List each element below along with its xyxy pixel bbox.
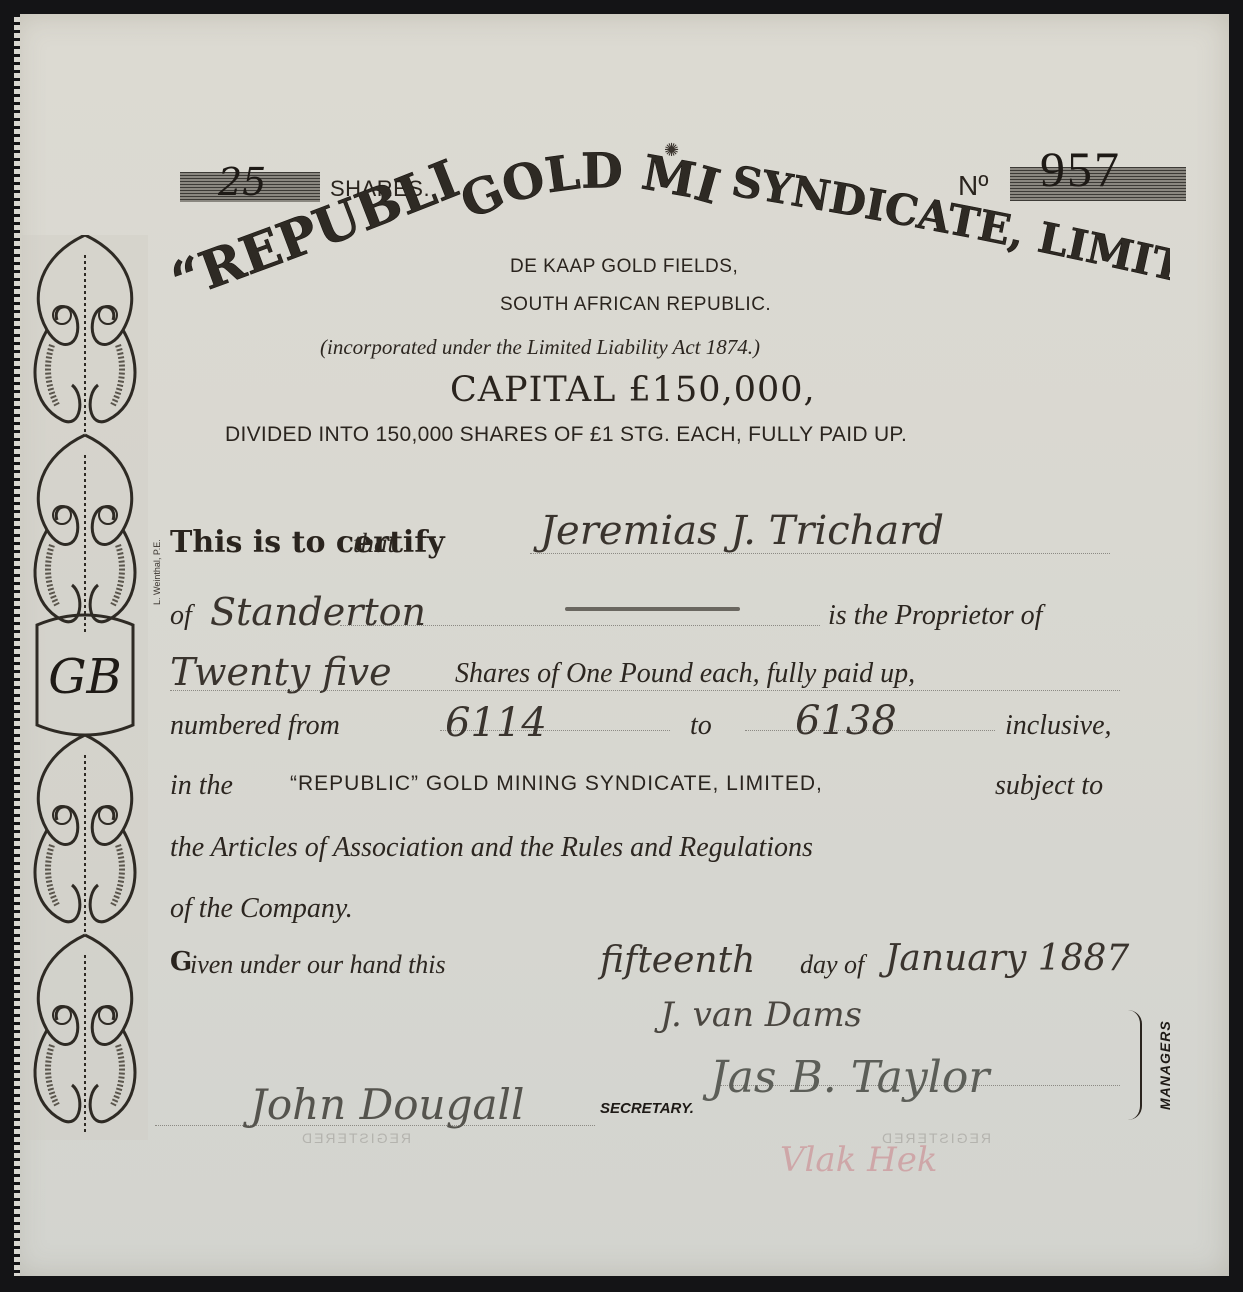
quantity-words: Twenty five [170, 650, 392, 694]
day-value: fifteenth [600, 940, 755, 981]
day-of-label: day of [800, 950, 864, 980]
company-line: of the Company. [170, 893, 353, 925]
incorporation-line: (incorporated under the Limited Liabilit… [320, 335, 760, 360]
number-to: 6138 [795, 698, 897, 744]
svg-text:GB: GB [48, 649, 122, 705]
in-the-label: in the [170, 770, 233, 802]
shares-text: Shares of One Pound each, fully paid up, [455, 658, 915, 690]
to-label: to [690, 710, 712, 742]
perforated-edge [14, 14, 20, 1276]
holder-town: Standerton [210, 590, 426, 634]
title-part-republic: “REPUBLIC” [170, 150, 467, 312]
numbered-from-label: numbered from [170, 710, 340, 742]
svg-text:“REPUBLIC”: “REPUBLIC” [170, 150, 467, 312]
given-text: iven under our hand this [190, 950, 446, 980]
subject-to-label: subject to [995, 770, 1103, 802]
articles-line: the Articles of Association and the Rule… [170, 832, 813, 864]
secretary-label: SECRETARY. [600, 1100, 694, 1117]
certify-that: that [353, 528, 395, 559]
inclusive-label: inclusive, [1005, 710, 1112, 742]
location-line-2: SOUTH AFRICAN REPUBLIC. [500, 294, 771, 316]
month-year-value: January 1887 [885, 938, 1129, 979]
holder-name: Jeremias J. Trichard [540, 508, 944, 554]
manager-signature-1: J. van Dams [660, 995, 862, 1035]
managers-brace [1128, 1010, 1142, 1120]
name-underline [565, 607, 740, 611]
number-from: 6114 [445, 700, 547, 746]
capital-line: CAPITAL £150,000, [450, 370, 816, 410]
proprietor-text: is the Proprietor of [828, 600, 1042, 632]
printer-mark: L. Weinthal, P.E. [152, 539, 162, 605]
divided-line: DIVIDED INTO 150,000 SHARES OF £1 STG. E… [225, 423, 907, 447]
faint-stamp-left: REGISTERED [300, 1130, 411, 1146]
company-title: “REPUBLIC” GOLD MINING SYNDICATE, LIMITE… [170, 150, 1170, 350]
company-inline: “REPUBLIC” GOLD MINING SYNDICATE, LIMITE… [290, 772, 823, 796]
ornamental-border-icon: GB [22, 235, 148, 1140]
of-label: of [170, 600, 192, 632]
manager-signature-2: Jas B. Taylor [710, 1052, 989, 1103]
red-initials: Vlak Hek [780, 1140, 937, 1180]
certify-lead: This is to certify [170, 525, 445, 560]
secretary-signature: John Dougall [250, 1080, 524, 1129]
location-line-1: DE KAAP GOLD FIELDS, [510, 256, 738, 278]
managers-label: MANAGERS [1157, 1020, 1173, 1110]
given-lead: G [170, 947, 192, 977]
